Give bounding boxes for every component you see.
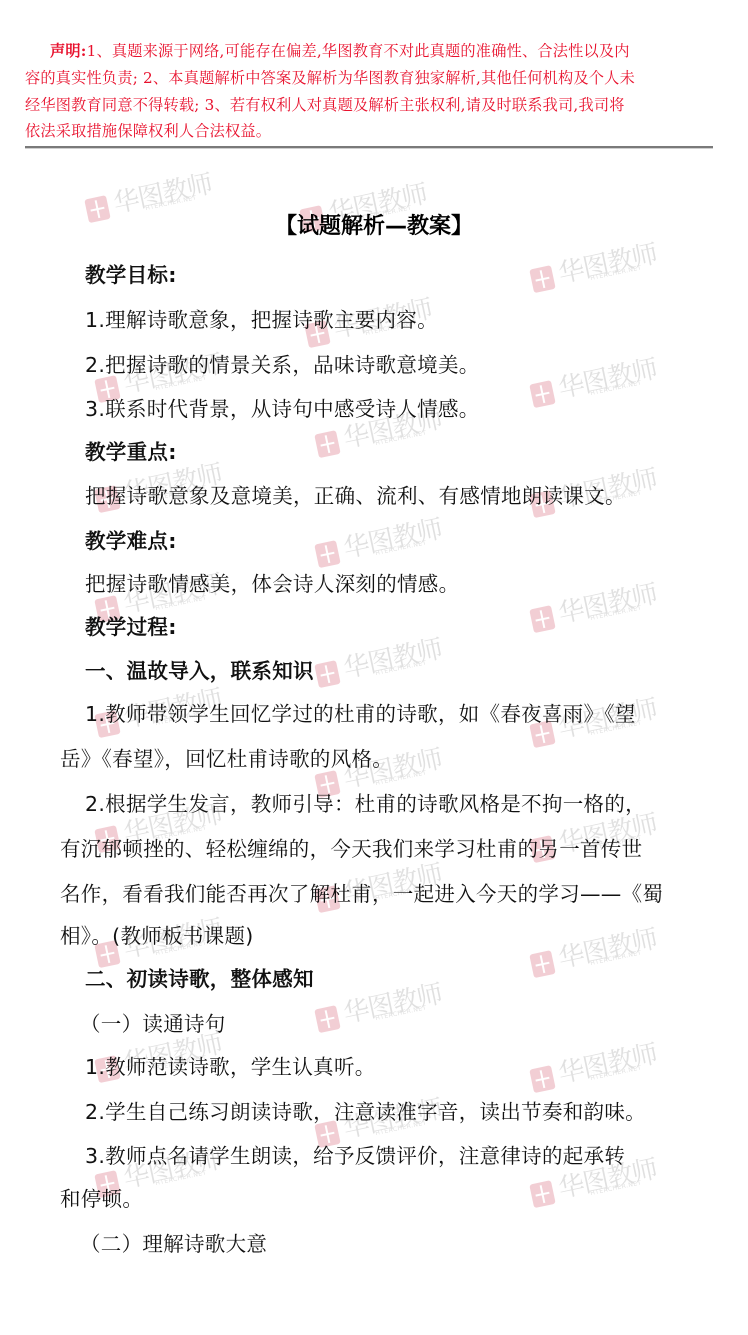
objective-item: 2.把握诗歌的情景关系，品味诗歌意境美。 <box>85 348 480 378</box>
paragraph-line: 3.教师点名请学生朗读，给予反馈评价，注意律诗的起承转 <box>85 1139 625 1169</box>
difficulties-text: 把握诗歌情感美，体会诗人深刻的情感。 <box>85 567 459 597</box>
paragraph-line: 1.教师范读诗歌，学生认真听。 <box>85 1050 376 1080</box>
huatu-logo-icon <box>314 1005 341 1033</box>
paragraph-line: 2.根据学生发言，教师引导：杜甫的诗歌风格是不拘一格的， <box>85 787 646 817</box>
disclaimer-line: 依法采取措施保障权利人合法权益。 <box>25 118 713 145</box>
huatu-logo-icon <box>529 605 556 633</box>
huatu-logo-icon <box>529 380 556 408</box>
subsection-heading: （二）理解诗歌大意 <box>80 1227 267 1257</box>
paragraph-line: 有沉郁顿挫的、轻松缠绵的，今天我们来学习杜甫的另一首传世 <box>60 832 642 862</box>
objectives-heading: 教学目标: <box>85 258 177 288</box>
paragraph-line: 和停顿。 <box>60 1182 143 1212</box>
watermark: 华图教师HTEACHER.NET <box>527 1033 654 1101</box>
paragraph-line: 2.学生自己练习朗读诗歌，注意读准字音，读出节奏和韵味。 <box>85 1095 646 1125</box>
huatu-logo-icon <box>529 950 556 978</box>
page-title: 【试题解析—教案】 <box>0 209 748 240</box>
watermark: 华图教师HTEACHER.NET <box>312 973 439 1041</box>
key-points-text: 把握诗歌意象及意境美，正确、流利、有感情地朗读课文。 <box>85 479 626 509</box>
huatu-logo-icon <box>529 1180 556 1208</box>
paragraph-line: 岳》《春望》，回忆杜甫诗歌的风格。 <box>60 742 393 772</box>
separator-rule <box>25 146 713 148</box>
watermark: 华图教师HTEACHER.NET <box>527 573 654 641</box>
disclaimer-line: 声明:1、真题来源于网络,可能存在偏差,华图教育不对此真题的准确性、合法性以及内 <box>25 38 713 65</box>
watermark: 华图教师HTEACHER.NET <box>527 348 654 416</box>
paragraph-line: 相》。(教师板书课题) <box>60 919 254 949</box>
watermark: 华图教师HTEACHER.NET <box>527 233 654 301</box>
disclaimer: 声明:1、真题来源于网络,可能存在偏差,华图教育不对此真题的准确性、合法性以及内… <box>25 38 713 145</box>
paragraph-line: 名作，看看我们能否再次了解杜甫，一起进入今天的学习——《蜀 <box>60 877 663 907</box>
watermark: 华图教师HTEACHER.NET <box>312 628 439 696</box>
section1-heading: 一、温故导入，联系知识 <box>85 654 314 684</box>
objective-item: 3.联系时代背景，从诗句中感受诗人情感。 <box>85 392 480 422</box>
paragraph-line: 1.教师带领学生回忆学过的杜甫的诗歌，如《春夜喜雨》《望 <box>85 697 636 727</box>
watermark: 华图教师HTEACHER.NET <box>312 508 439 576</box>
process-heading: 教学过程: <box>85 610 177 640</box>
huatu-logo-icon <box>314 430 341 458</box>
huatu-logo-icon <box>529 265 556 293</box>
watermark: 华图教师HTEACHER.NET <box>527 918 654 986</box>
disclaimer-line: 容的真实性负责; 2、本真题解析中答案及解析为华图教育独家解析,其他任何机构及个… <box>25 65 713 92</box>
huatu-logo-icon <box>314 660 341 688</box>
huatu-logo-icon <box>314 540 341 568</box>
disclaimer-line: 经华图教育同意不得转载; 3、若有权利人对真题及解析主张权利,请及时联系我司,我… <box>25 92 713 119</box>
disclaimer-label: 声明: <box>50 42 87 60</box>
huatu-logo-icon <box>529 1065 556 1093</box>
difficulties-heading: 教学难点: <box>85 524 177 554</box>
section2-heading: 二、初读诗歌，整体感知 <box>85 962 314 992</box>
subsection-heading: （一）读通诗句 <box>80 1007 226 1037</box>
document-page: 声明:1、真题来源于网络,可能存在偏差,华图教育不对此真题的准确性、合法性以及内… <box>0 0 748 1335</box>
key-points-heading: 教学重点: <box>85 435 177 465</box>
objective-item: 1.理解诗歌意象，把握诗歌主要内容。 <box>85 303 438 333</box>
